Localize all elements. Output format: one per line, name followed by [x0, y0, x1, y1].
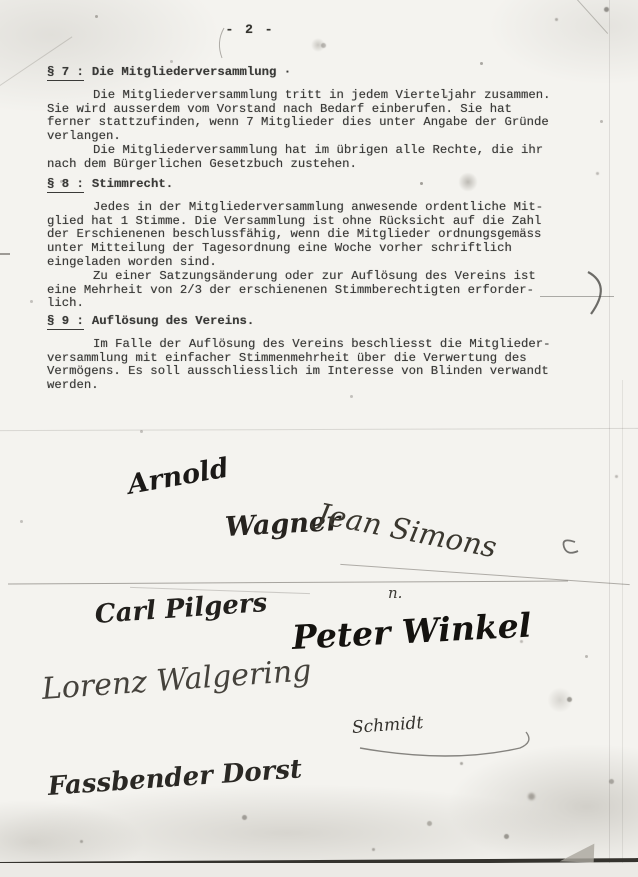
paper-edge-right-2	[622, 380, 623, 877]
signature-jean-simons: Jean Simons	[315, 496, 500, 564]
text-line: Jedes in der Mitgliederversammlung anwes…	[47, 201, 595, 215]
text-line: Vermögens. Es soll ausschliesslich im In…	[47, 365, 595, 379]
section-8-heading: § 8 :Stimmrecht.	[47, 178, 595, 192]
left-margin-mark	[0, 253, 10, 255]
text-line: glied hat 1 Stimme. Die Versammlung ist …	[47, 215, 595, 229]
section-7: § 7 :Die Mitgliederversammlung · Die Mit…	[47, 66, 595, 172]
scanned-document-page: - 2 - § 7 :Die Mitgliederversammlung · D…	[0, 0, 638, 877]
fold-line-upper	[0, 428, 638, 431]
text-line: Die Mitgliederversammlung tritt in jedem…	[47, 89, 595, 103]
section-9-heading: § 9 :Auflösung des Vereins.	[47, 315, 595, 329]
paragraph: Die Mitgliederversammlung hat im übrigen…	[47, 144, 595, 172]
text-line: der Erschienenen beschlussfähig, wenn di…	[47, 228, 595, 242]
text-line: Die Mitgliederversammlung hat im übrigen…	[47, 144, 595, 158]
section-9: § 9 :Auflösung des Vereins. Im Falle der…	[47, 315, 595, 393]
scanner-background	[0, 863, 638, 877]
paragraph: Die Mitgliederversammlung tritt in jedem…	[47, 89, 595, 144]
paper-edge-right	[609, 0, 610, 877]
text-line: werden.	[47, 379, 595, 393]
text-line: ferner stattzufinden, wenn 7 Mitglieder …	[47, 116, 595, 130]
folded-corner-bottom-right	[560, 842, 595, 862]
section-8: § 8 :Stimmrecht. Jedes in der Mitglieder…	[47, 178, 595, 311]
section-8-ref: § 8 :	[47, 177, 84, 193]
text-line: Sie wird ausserdem vom Vorstand nach Bed…	[47, 103, 595, 117]
signature-schmidt: Schmidt	[351, 713, 424, 738]
text-line: unter Mitteilung der Tagesordnung eine W…	[47, 242, 595, 256]
section-7-ref: § 7 :	[47, 65, 84, 81]
text-line: Zu einer Satzungsänderung oder zur Auflö…	[47, 270, 595, 284]
paragraph: Jedes in der Mitgliederversammlung anwes…	[47, 201, 595, 270]
text-line: versammlung mit einfacher Stimmenmehrhei…	[47, 352, 595, 366]
section-7-title: Die Mitgliederversammlung ·	[92, 65, 291, 79]
signature-arnold: Arnold	[125, 453, 231, 501]
signature-lorenz: Lorenz Walgering	[41, 653, 313, 707]
pen-underline-mark	[540, 296, 614, 297]
text-line: eingeladen worden sind.	[47, 256, 595, 270]
section-7-heading: § 7 :Die Mitgliederversammlung ·	[47, 66, 595, 80]
text-line: Im Falle der Auflösung des Vereins besch…	[47, 338, 595, 352]
section-9-title: Auflösung des Vereins.	[92, 314, 254, 328]
text-line: nach dem Bürgerlichen Gesetzbuch zustehe…	[47, 158, 595, 172]
signature-fassbender: Fassbender Dorst	[47, 754, 303, 802]
section-9-ref: § 9 :	[47, 314, 84, 330]
crease-top-right	[566, 0, 608, 34]
section-8-title: Stimmrecht.	[92, 177, 173, 191]
signature-carl-pilgers: Carl Pilgers	[94, 588, 268, 630]
paragraph: Zu einer Satzungsänderung oder zur Auflö…	[47, 270, 595, 311]
text-line: verlangen.	[47, 130, 595, 144]
text-line: lich.	[47, 297, 595, 311]
page-number: - 2 -	[200, 22, 300, 37]
paragraph: Im Falle der Auflösung des Vereins besch…	[47, 338, 595, 393]
signature-peter-winkel: Peter Winkel	[291, 605, 532, 656]
fold-line-lower	[8, 581, 568, 585]
text-line: eine Mehrheit von 2/3 der erschienenen S…	[47, 284, 595, 298]
paper-stains	[0, 0, 3, 3]
handwritten-n-mark: n.	[388, 584, 402, 602]
pen-hook-mark	[563, 540, 578, 552]
